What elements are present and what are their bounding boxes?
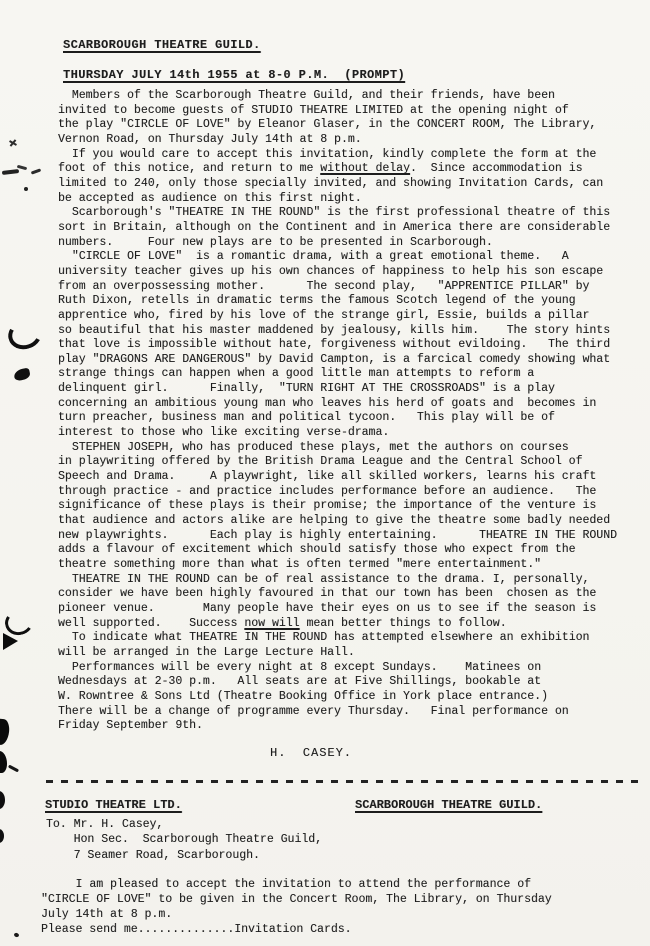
scan-artifact-crescent-mark [4, 315, 45, 353]
paragraph-members-invited: Members of the Scarborough Theatre Guild… [58, 89, 642, 148]
recipient-address: To. Mr. H. Casey, Hon Sec. Scarborough T… [46, 817, 322, 863]
scan-artifact-edge-blot [0, 829, 4, 843]
studio-theatre-ltd-heading: STUDIO THEATRE LTD. [45, 798, 182, 812]
scanned-letter-page: SCARBOROUGH THEATRE GUILD. THURSDAY JULY… [0, 0, 650, 946]
letter-body: Members of the Scarborough Theatre Guild… [58, 89, 642, 734]
paragraph-theatre-in-the-round: Scarborough's "THEATRE IN THE ROUND" is … [58, 206, 642, 250]
scan-artifact-scribble [31, 168, 41, 174]
acceptance-reply-text: I am pleased to accept the invitation to… [41, 877, 637, 937]
paragraph-assistance-to-drama: THEATRE IN THE ROUND can be of real assi… [58, 573, 642, 632]
scan-artifact-ink-dot [13, 932, 19, 937]
scan-artifact-edge-blot [0, 718, 10, 745]
without-delay-underline: without delay [320, 162, 410, 175]
event-date-heading: THURSDAY JULY 14th 1955 at 8-0 P.M. (PRO… [63, 68, 405, 82]
guild-title-heading: SCARBOROUGH THEATRE GUILD. [63, 38, 261, 52]
scan-artifact-edge-blot [0, 751, 7, 773]
scan-artifact-ink-blob [13, 367, 31, 381]
now-will-underline: now will [244, 617, 299, 630]
scan-artifact-scribble [2, 169, 19, 175]
paragraph-exhibition: To indicate what THEATRE IN THE ROUND ha… [58, 631, 642, 660]
scarborough-guild-footer-heading: SCARBOROUGH THEATRE GUILD. [355, 798, 542, 812]
scan-artifact-edge-blot [0, 791, 5, 809]
paragraph-stephen-joseph: STEPHEN JOSEPH, who has produced these p… [58, 441, 642, 573]
paragraph-performances: Performances will be every night at 8 ex… [58, 661, 642, 734]
assistance-text-post: mean better things to follow. [300, 617, 507, 630]
paragraph-invitation-form: If you would care to accept this invitat… [58, 148, 642, 207]
scan-artifact-triangle-blot [3, 633, 18, 650]
scan-noise-speckles [0, 0, 2, 2]
dashed-separator [46, 780, 640, 783]
scan-artifact-ink-dot [24, 187, 28, 191]
paragraph-four-plays: "CIRCLE OF LOVE" is a romantic drama, wi… [58, 250, 642, 441]
scan-artifact-edge-blot-tail [8, 765, 19, 773]
signature: H. CASEY. [270, 746, 352, 760]
